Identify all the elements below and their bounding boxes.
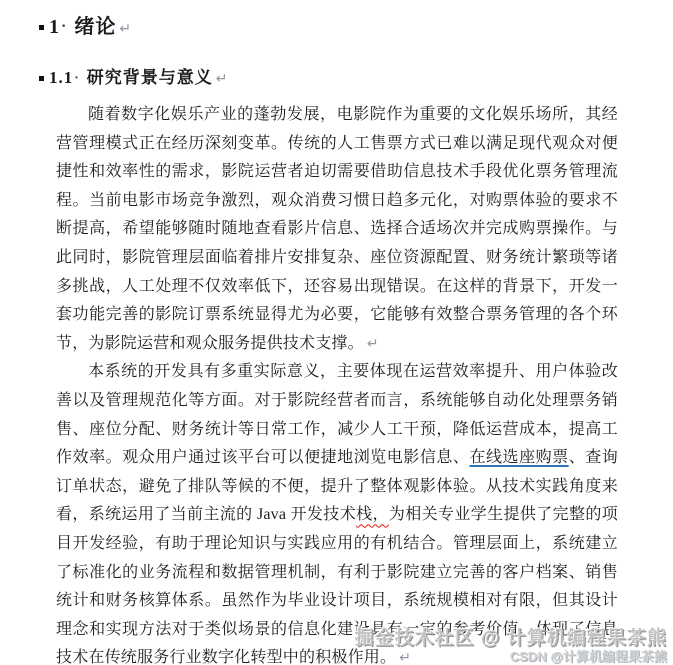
space-format-mark: ·	[61, 18, 67, 35]
section-heading: 1.1·研究背景与意义↵	[39, 67, 618, 90]
document-body: 1·绪论↵ 1.1·研究背景与意义↵ 随着数字化娱乐产业的蓬勃发展，电影院作为重…	[0, 0, 673, 665]
paragraph-mark: ↵	[367, 336, 379, 352]
paragraph-mark: ↵	[399, 650, 411, 665]
paragraph-mark: ↵	[216, 71, 229, 87]
chapter-number: 1	[49, 16, 60, 38]
section-title: 研究背景与意义	[87, 68, 213, 87]
document-page: { "headings": { "h1": {"number": "1", "t…	[0, 0, 673, 665]
spellcheck-flagged-text: 栈，	[356, 506, 389, 523]
paragraph-mark: ↵	[119, 21, 132, 37]
chapter-heading: 1·绪论↵	[39, 14, 618, 42]
outline-level-marker-icon	[39, 25, 44, 30]
online-seat-booking-link[interactable]: 在线选座购票	[469, 449, 568, 466]
section-number: 1.1	[49, 68, 73, 87]
outline-level-marker-icon	[39, 76, 44, 81]
significance-text-c: 为相关专业学生提供了完整的项目开发经验，有助于理论知识与实践应用的有机结合。管理…	[56, 506, 618, 665]
chapter-title: 绪论	[74, 16, 116, 38]
paragraph-background: 随着数字化娱乐产业的蓬勃发展，电影院作为重要的文化娱乐场所，其经营管理模式正在经…	[56, 101, 618, 358]
space-format-mark: ·	[74, 70, 80, 85]
paragraph-significance: 本系统的开发具有多重实际意义，主要体现在运营效率提升、用户体验改善以及管理规范化…	[56, 358, 618, 665]
paragraph-background-text: 随着数字化娱乐产业的蓬勃发展，电影院作为重要的文化娱乐场所，其经营管理模式正在经…	[56, 106, 618, 352]
